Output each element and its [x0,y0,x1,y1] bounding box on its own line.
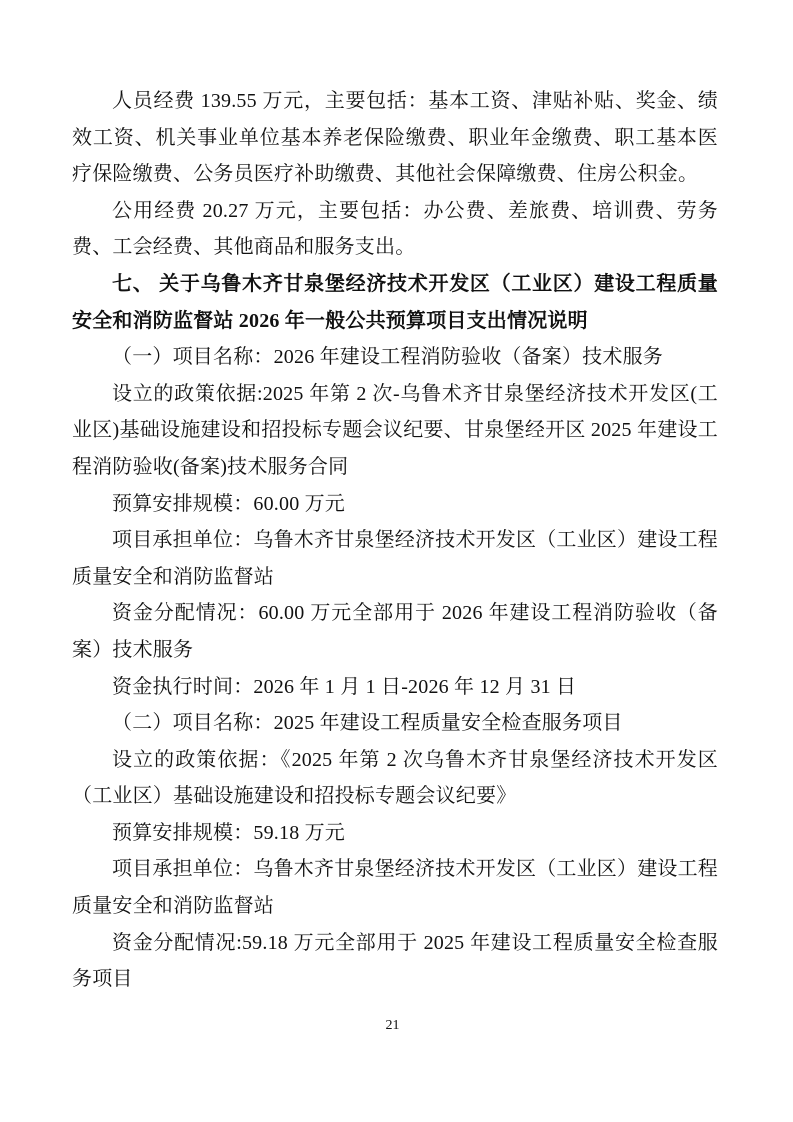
paragraph-project1-policy-basis: 设立的政策依据:2025 年第 2 次-乌鲁术齐甘泉堡经济技术开发区(工业区)基… [72,376,718,486]
page-number: 21 [0,1018,785,1034]
paragraph-project2-undertaking-unit: 项目承担单位：乌鲁木齐甘泉堡经济技术开发区（工业区）建设工程质量安全和消防监督站 [72,851,718,924]
paragraph-project2-fund-allocation: 资金分配情况:59.18 万元全部用于 2025 年建设工程质量安全检查服务项目 [72,925,718,998]
paragraph-project1-undertaking-unit: 项目承担单位：乌鲁木齐甘泉堡经济技术开发区（工业区）建设工程质量安全和消防监督站 [72,522,718,595]
paragraph-public-expense: 公用经费 20.27 万元，主要包括：办公费、差旅费、培训费、劳务费、工会经费、… [72,193,718,266]
paragraph-project2-policy-basis: 设立的政策依据：《2025 年第 2 次乌鲁木齐甘泉堡经济技术开发区（工业区）基… [72,742,718,815]
paragraph-project1-execution-period: 资金执行时间：2026 年 1 月 1 日-2026 年 12 月 31 日 [72,669,718,706]
section-heading: 七、 关于乌鲁木齐甘泉堡经济技术开发区（工业区）建设工程质量安全和消防监督站 2… [72,266,718,339]
paragraph-personnel-expense: 人员经费 139.55 万元，主要包括：基本工资、津贴补贴、奖金、绩效工资、机关… [72,83,718,193]
paragraph-project1-fund-allocation: 资金分配情况：60.00 万元全部用于 2026 年建设工程消防验收（备案）技术… [72,595,718,668]
document-page: 人员经费 139.55 万元，主要包括：基本工资、津贴补贴、奖金、绩效工资、机关… [0,0,793,1122]
paragraph-project2-budget-scale: 预算安排规模：59.18 万元 [72,815,718,852]
paragraph-project1-name: （一）项目名称：2026 年建设工程消防验收（备案）技术服务 [72,339,718,376]
paragraph-project1-budget-scale: 预算安排规模：60.00 万元 [72,486,718,523]
paragraph-project2-name: （二）项目名称：2025 年建设工程质量安全检查服务项目 [72,705,718,742]
document-body: 人员经费 139.55 万元，主要包括：基本工资、津贴补贴、奖金、绩效工资、机关… [72,83,718,998]
